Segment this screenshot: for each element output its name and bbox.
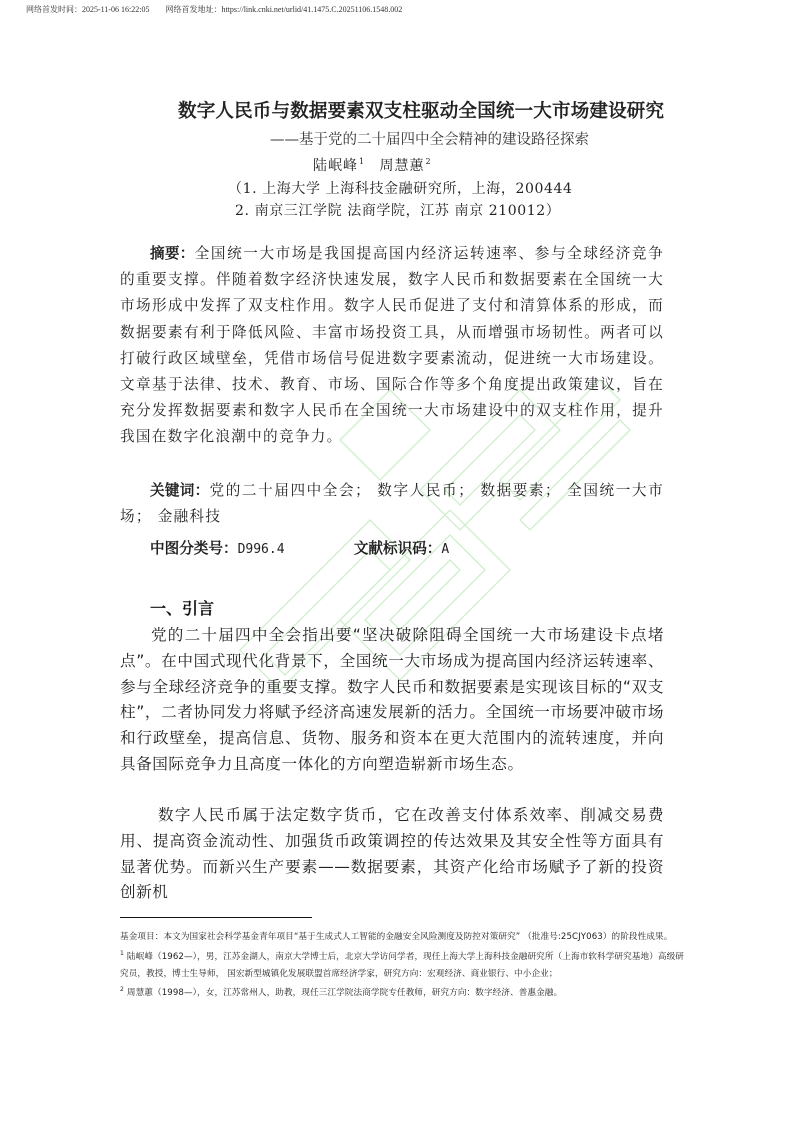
author-name: 陆岷峰 — [313, 158, 358, 174]
doc-code-label: 文献标识码： — [354, 540, 442, 557]
publish-time-label: 网络首发时间： — [26, 5, 82, 14]
footnote-separator — [120, 917, 312, 918]
affiliation-line: 2. 南京三江学院 法商学院，江苏 南京 210012） — [235, 200, 560, 220]
section-heading-introduction: 一、引言 — [150, 596, 214, 619]
publish-time: 网络首发时间：2025-11-06 16:22:05 — [26, 5, 149, 14]
affiliation-line: （1. 上海大学 上海科技金融研究所，上海，200444 — [228, 178, 573, 198]
doc-code-value: A — [441, 542, 449, 557]
footnote-item: 1陆岷峰（1962—），男，江苏金湖人，南京大学博士后，北京大学访问学者，现任上… — [120, 946, 684, 983]
classification-row: 中图分类号：D996.4 文献标识码：A — [150, 537, 449, 558]
abstract: 摘要：全国统一大市场是我国提高国内经济运转速率、参与全球经济竞争的重要支撑。伴随… — [120, 241, 664, 451]
footnote-marker: 2 — [120, 986, 124, 993]
author-list: 陆岷峰1 周慧蕙2 — [313, 155, 441, 175]
publish-time-value: 2025-11-06 16:22:05 — [82, 5, 149, 14]
clc-value: D996.4 — [238, 542, 285, 557]
online-publish-info: 网络首发时间：2025-11-06 16:22:05 网络首发地址：https:… — [26, 4, 416, 15]
author-affiliation-marker: 1 — [359, 157, 364, 166]
footnote-text: 陆岷峰（1962—），男，江苏金湖人，南京大学博士后，北京大学访问学者，现任上海… — [120, 952, 684, 979]
author-name: 周慧蕙 — [380, 158, 425, 174]
footnote-item: 2周慧蕙（1998—），女，江苏常州人，助教，现任三江学院法商学院专任教师，研究… — [120, 982, 684, 1002]
footnote-marker: 1 — [120, 950, 124, 957]
author-affiliation-marker: 2 — [426, 157, 431, 166]
body-paragraph: 党的二十届四中全会指出要“坚决破除阻碍全国统一大市场建设卡点堵点”。在中国式现代… — [120, 623, 664, 778]
keywords: 关键词：党的二十届四中全会； 数字人民币； 数据要素； 全国统一大市场； 金融科… — [120, 478, 664, 530]
abstract-text: 全国统一大市场是我国提高国内经济运转速率、参与全球经济竞争的重要支撑。伴随着数字… — [120, 245, 664, 445]
publish-url: 网络首发地址：https://link.cnki.net/urlid/41.14… — [165, 5, 402, 14]
body-paragraph: 数字人民币属于法定数字货币，它在改善支付体系效率、削减交易费用、提高资金流动性、… — [120, 803, 664, 906]
clc-label: 中图分类号： — [150, 540, 238, 557]
paper-title: 数字人民币与数据要素双支柱驱动全国统一大市场建设研究 — [178, 97, 678, 123]
fund-note: 基金项目：本文为国家社会科学基金青年项目“基于生成式人工智能的金融安全风险测度及… — [120, 929, 684, 946]
footnotes: 基金项目：本文为国家社会科学基金青年项目“基于生成式人工智能的金融安全风险测度及… — [120, 929, 684, 1002]
paper-subtitle: ——基于党的二十届四中全会精神的建设路径探索 — [270, 128, 589, 149]
publish-url-value[interactable]: https://link.cnki.net/urlid/41.1475.C.20… — [221, 5, 402, 14]
keywords-label: 关键词： — [150, 482, 210, 499]
footnote-text: 周慧蕙（1998—），女，江苏常州人，助教，现任三江学院法商学院专任教师，研究方… — [127, 988, 562, 998]
publish-url-label: 网络首发地址： — [165, 5, 221, 14]
abstract-label: 摘要： — [150, 245, 195, 262]
